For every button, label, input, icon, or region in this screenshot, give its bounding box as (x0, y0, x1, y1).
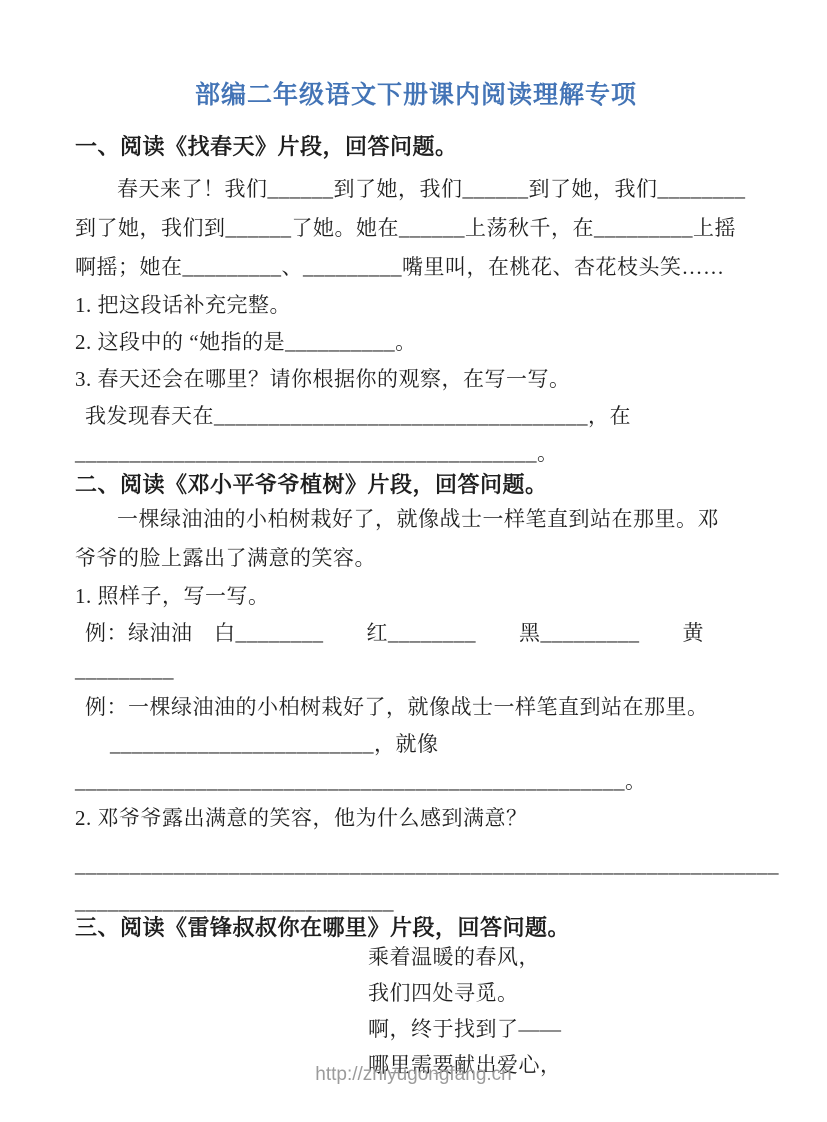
section-2-heading: 二、阅读《邓小平爷爷植树》片段，回答问题。 (75, 470, 757, 500)
worksheet-page: 部编二年级语文下册课内阅读理解专项 一、阅读《找春天》片段，回答问题。 春天来了… (0, 0, 827, 1122)
section-2-question-2: 2. 邓爷爷露出满意的笑容，他为什么感到满意？ (75, 800, 757, 837)
section-2-example-1: 例：绿油油 白________ 红________ 黑_________ 黄 (75, 615, 757, 652)
section-1-question-3: 3. 春天还会在哪里？请你根据你的观察，在写一写。 (75, 361, 757, 398)
section-2-example-2-answer-line-1: ________________________，就像 (75, 726, 757, 763)
section-2-question-1: 1. 照样子，写一写。 (75, 578, 757, 615)
section-1-passage-line-1: 春天来了！我们______到了她，我们______到了她，我们________ (75, 170, 757, 209)
section-1-question-1: 1. 把这段话补充完整。 (75, 287, 757, 324)
section-1-question-3-answer-line-1: 我发现春天在__________________________________… (75, 398, 757, 435)
section-2-passage-line-1: 一棵绿油油的小柏树栽好了，就像战士一样笔直到站在那里。邓 (75, 500, 757, 539)
poem-line-1: 乘着温暖的春风， (368, 939, 757, 975)
section-2-passage-line-2: 爷爷的脸上露出了满意的笑容。 (75, 539, 757, 578)
section-1-question-3-answer-line-2: ________________________________________… (75, 435, 757, 472)
page-title: 部编二年级语文下册课内阅读理解专项 (75, 80, 757, 110)
section-2-question-2-answer-line-1: ________________________________________… (75, 847, 757, 884)
section-2-example-2: 例：一棵绿油油的小柏树栽好了，就像战士一样笔直到站在那里。 (75, 689, 757, 726)
section-3-poem: 乘着温暖的春风， 我们四处寻觅。 啊，终于找到了—— 哪里需要献出爱心， (75, 939, 757, 1083)
section-1-passage-line-2: 到了她，我们到______了她。她在______上荡秋千，在_________上… (75, 209, 757, 248)
section-2-example-1-continuation: _________ (75, 652, 757, 689)
poem-line-2: 我们四处寻觅。 (368, 975, 757, 1011)
poem-line-3: 啊，终于找到了—— (368, 1011, 757, 1047)
section-2-example-2-answer-line-2: ________________________________________… (75, 763, 757, 800)
section-1-question-2: 2. 这段中的 “她指的是__________。 (75, 324, 757, 361)
section-1-heading: 一、阅读《找春天》片段，回答问题。 (75, 132, 757, 162)
footer-url: http://zhiyugongfang.cn (0, 1064, 827, 1086)
section-1-passage-line-3: 啊摇；她在_________、_________嘴里叫，在桃花、杏花枝头笑…… (75, 248, 757, 287)
